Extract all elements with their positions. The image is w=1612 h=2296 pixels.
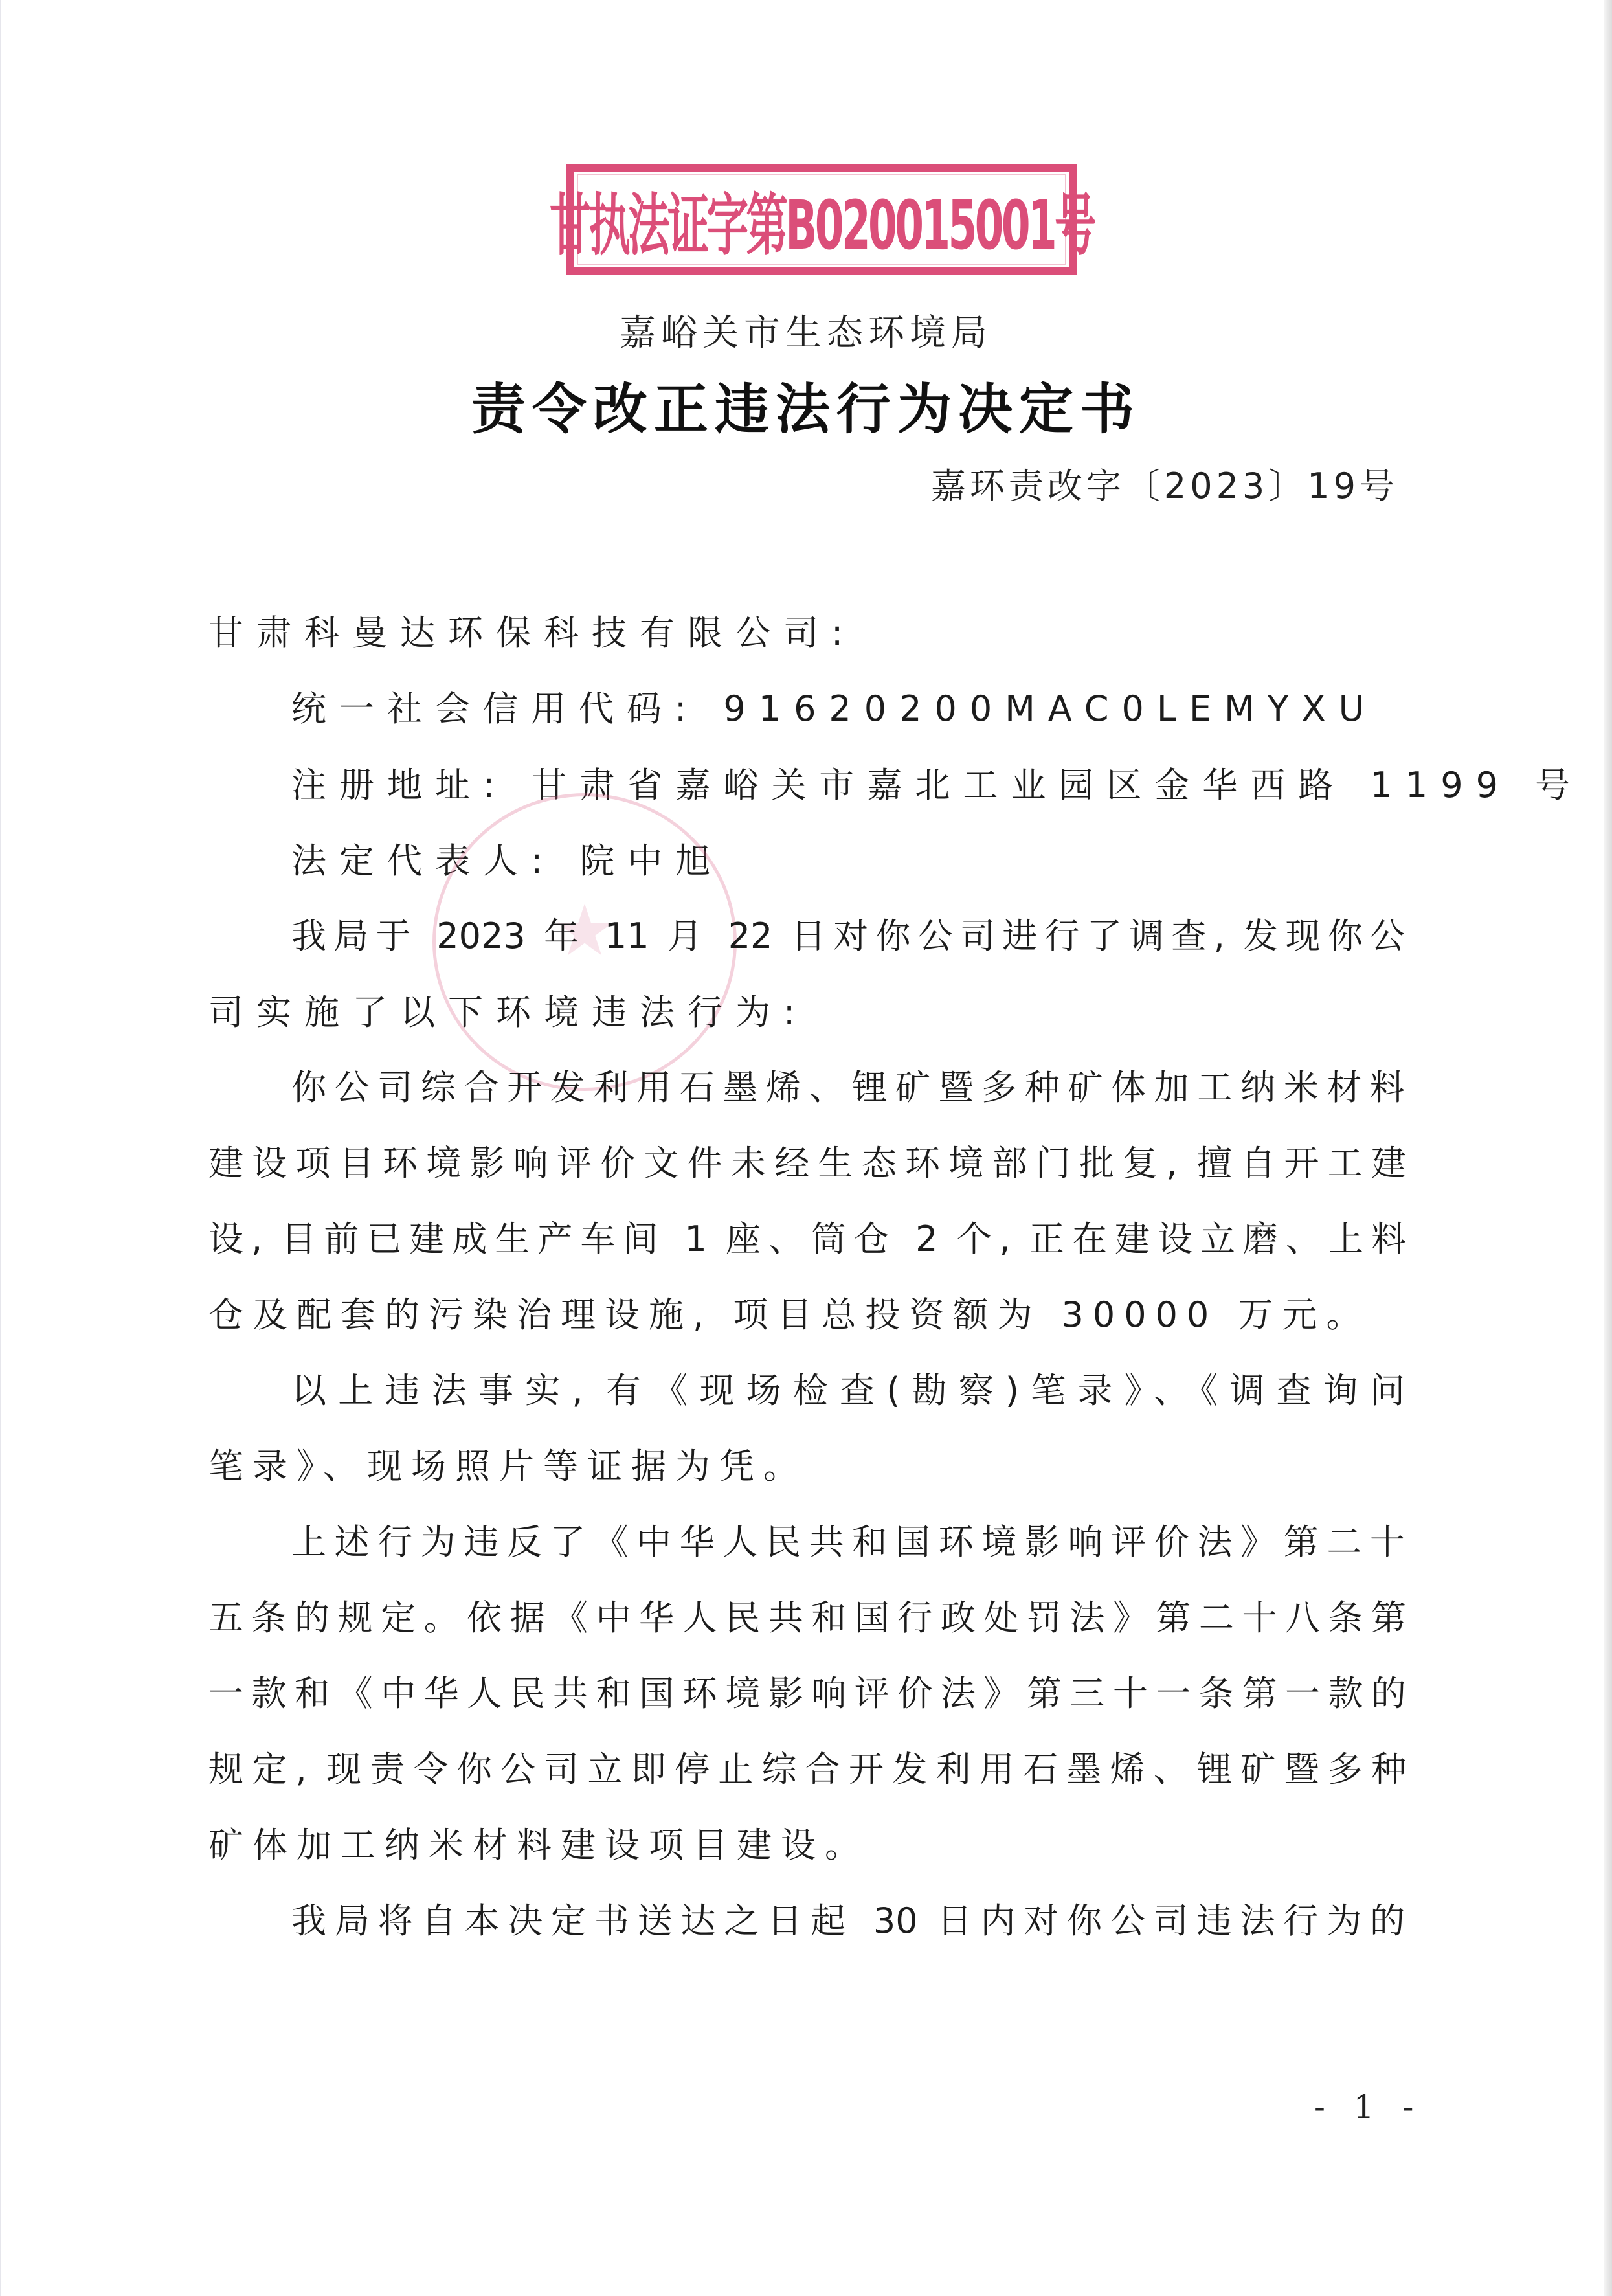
body-line: 上述行为违反了《中华人民共和国环境影响评价法》第二十 [291, 1522, 1405, 1563]
stamp-text: 甘执法证字第B020015001号 [549, 171, 1093, 268]
body-line: 司实施了以下环境违法行为: [208, 992, 1406, 1033]
body-line: 我局于 2023 年 11 月 22 日对你公司进行了调查, 发现你公 [291, 916, 1405, 957]
body-line: 规定, 现责令你公司立即停止综合开发利用石墨烯、锂矿暨多种 [208, 1749, 1406, 1790]
body-line: 矿体加工纳米材料建设项目建设。 [208, 1825, 1406, 1866]
document-title: 责令改正违法行为决定书 [0, 366, 1612, 444]
registered-address: 注册地址: 甘肃省嘉峪关市嘉北工业园区金华西路 1199 号 [291, 765, 1489, 806]
credit-code: 统一社会信用代码: 91620200MAC0LEMYXU [291, 688, 1489, 730]
body-line: 一款和《中华人民共和国环境影响评价法》第三十一条第一款的 [208, 1673, 1406, 1715]
recipient-name: 甘肃科曼达环保科技有限公司: [208, 613, 1406, 654]
enforcement-certificate-stamp: 甘执法证字第B020015001号 [566, 164, 1077, 275]
body-line: 笔录》、现场照片等证据为凭。 [208, 1446, 1406, 1487]
body-line: 仓及配套的污染治理设施, 项目总投资额为 30000 万元。 [208, 1294, 1406, 1336]
body-line: 我局将自本决定书送达之日起 30 日内对你公司违法行为的 [291, 1900, 1405, 1942]
issuing-agency: 嘉峪关市生态环境局 [0, 304, 1612, 356]
page-number: - 1 - [1314, 2088, 1422, 2126]
body-line: 设, 目前已建成生产车间 1 座、筒仓 2 个, 正在建设立磨、上料 [208, 1219, 1406, 1260]
body-line: 五条的规定。依据《中华人民共和国行政处罚法》第二十八条第 [208, 1597, 1406, 1639]
body-line: 以上违法事实, 有《现场检查(勘察)笔录》、《调查询问 [291, 1370, 1405, 1412]
body-line: 你公司综合开发利用石墨烯、锂矿暨多种矿体加工纳米材料 [291, 1067, 1405, 1109]
document-number: 嘉环责改字〔2023〕19号 [931, 458, 1398, 508]
body-line: 建设项目环境影响评价文件未经生态环境部门批复, 擅自开工建 [208, 1143, 1406, 1184]
